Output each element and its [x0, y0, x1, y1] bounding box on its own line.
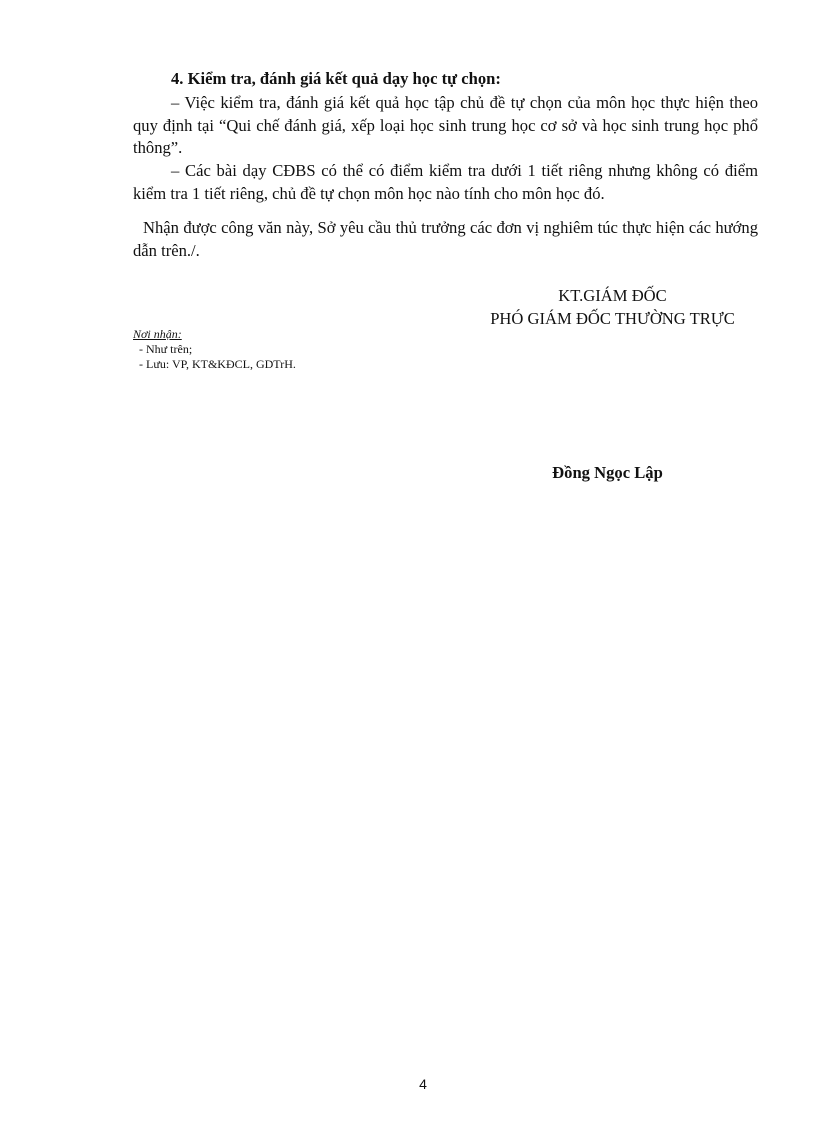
signer-name: Đồng Ngọc Lập: [470, 463, 745, 483]
section-heading: 4. Kiểm tra, đánh giá kết quả dạy học tự…: [171, 69, 501, 89]
closing-paragraph: Nhận được công văn này, Sở yêu cầu thủ t…: [133, 217, 758, 262]
paragraph-assessment-regulation: – Việc kiểm tra, đánh giá kết quả học tậ…: [133, 92, 758, 160]
recipients-block: Nơi nhận: - Như trên; - Lưu: VP, KT&KĐCL…: [133, 327, 296, 372]
paragraph-cdbs-tests: – Các bài dạy CĐBS có thể có điểm kiểm t…: [133, 160, 758, 205]
signature-title-line1: KT.GIÁM ĐỐC: [470, 286, 755, 306]
signature-title-line2: PHÓ GIÁM ĐỐC THƯỜNG TRỰC: [470, 309, 755, 329]
document-page: 4. Kiểm tra, đánh giá kết quả dạy học tự…: [0, 0, 816, 1123]
recipient-item: - Lưu: VP, KT&KĐCL, GDTrH.: [133, 357, 296, 372]
recipients-label: Nơi nhận:: [133, 327, 296, 342]
page-number: 4: [0, 1076, 816, 1092]
recipient-item: - Như trên;: [133, 342, 296, 357]
